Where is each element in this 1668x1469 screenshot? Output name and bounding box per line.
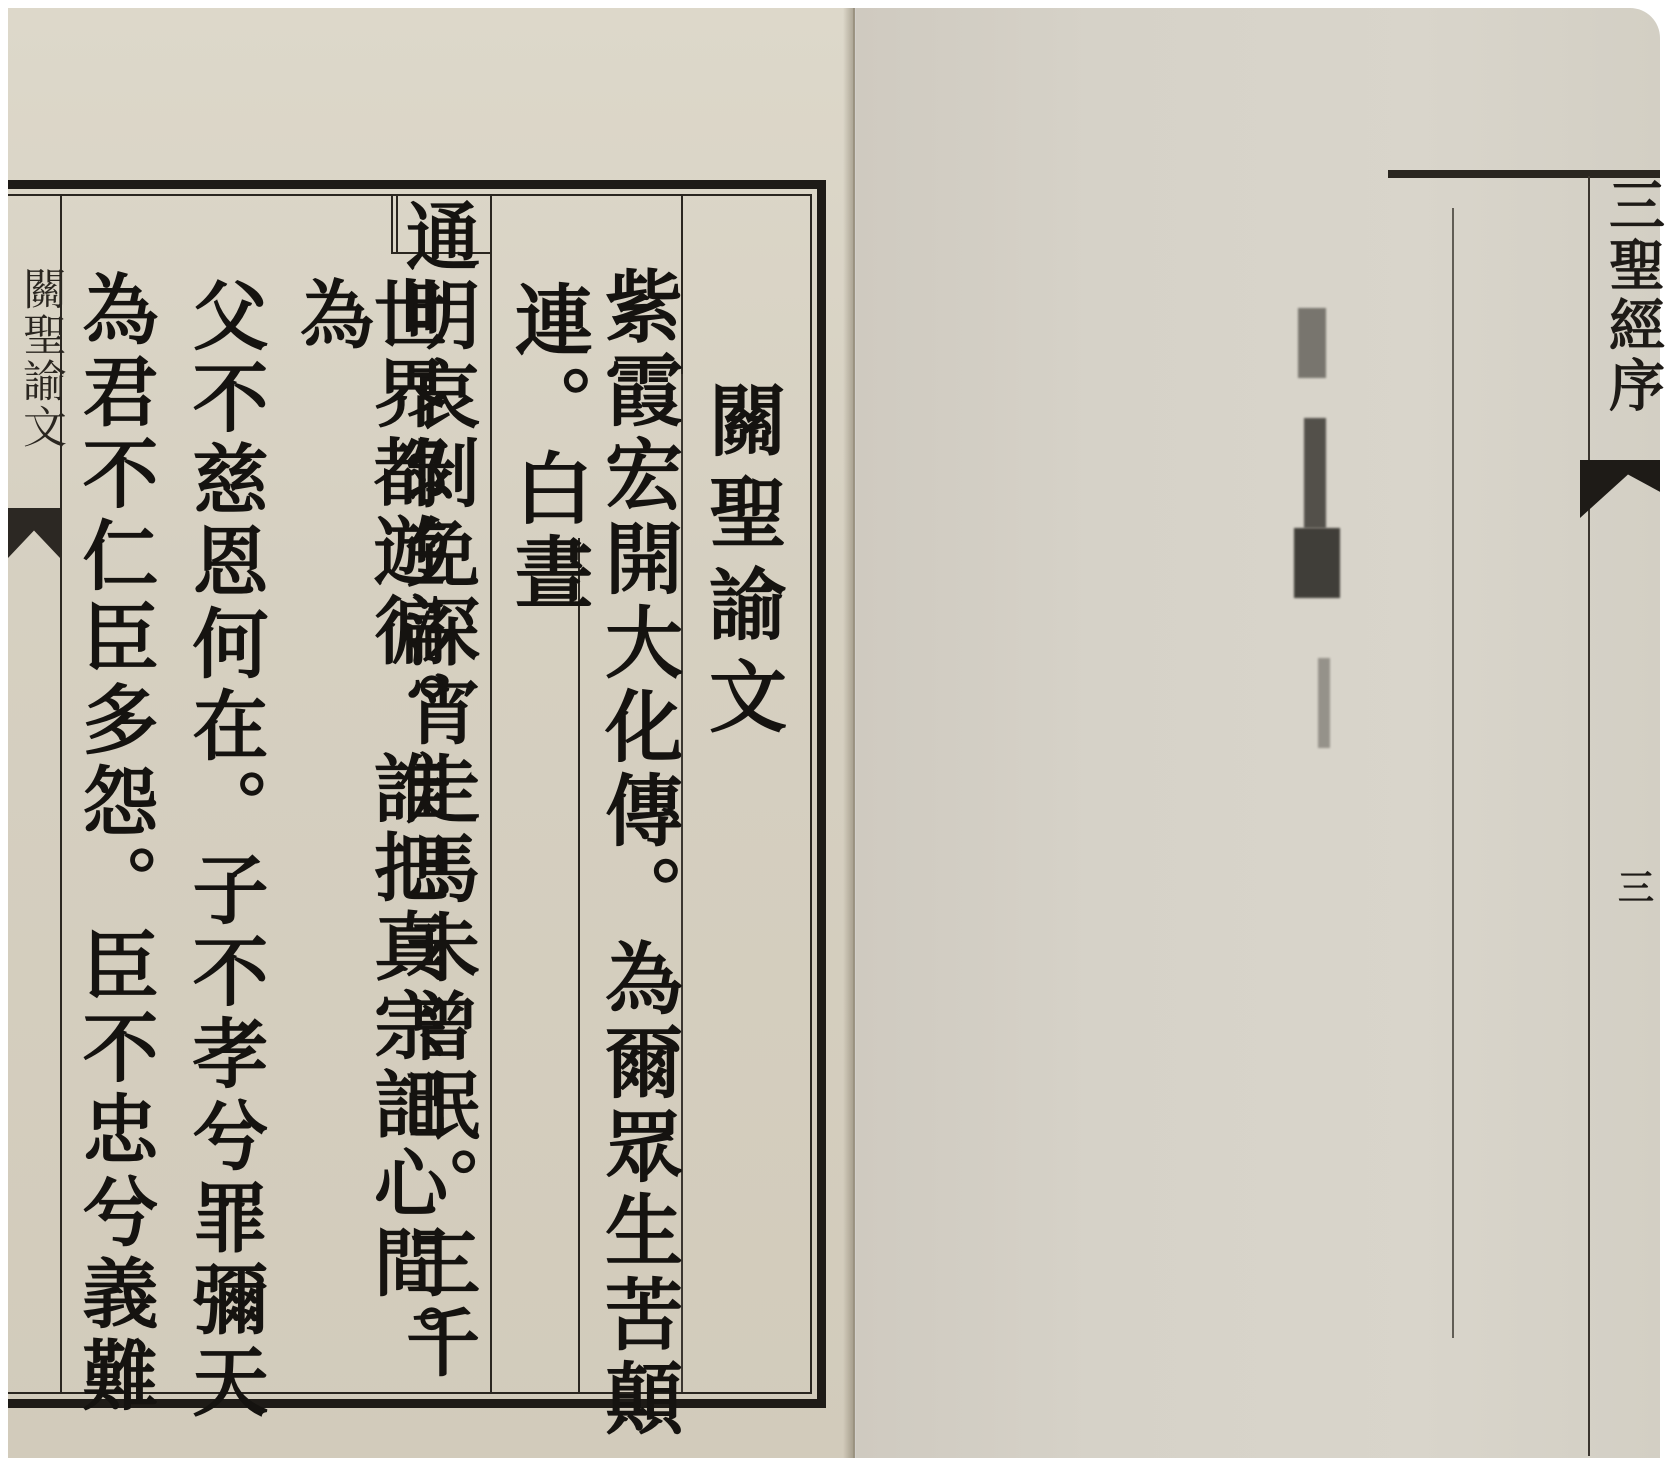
column-rule bbox=[578, 538, 580, 1394]
margin-title: 三聖經序 bbox=[1593, 176, 1668, 416]
column-rule bbox=[1588, 176, 1590, 1456]
text-column: 為君不仁臣多怨。臣不忠兮義難 bbox=[76, 270, 152, 1418]
column-rule bbox=[1452, 208, 1454, 1338]
text-column-title: 關聖諭文 bbox=[702, 380, 780, 748]
text-column: 連。白晝 bbox=[508, 280, 586, 616]
text-column: 父不慈恩何在。子不孝兮罪彌天 bbox=[186, 276, 262, 1424]
column-rule bbox=[490, 194, 492, 1394]
ink-showthrough bbox=[1298, 308, 1326, 378]
text-column: 紫霞宏開大化傳。為爾眾生苦顛 bbox=[598, 266, 676, 1442]
ink-showthrough bbox=[1318, 658, 1330, 748]
book-spread: 關聖諭文 關聖諭文 紫霞宏開大化傳。為爾眾生苦顛 連。白晝 通明哀剝免深宵走馬未… bbox=[8, 8, 1660, 1461]
ink-showthrough bbox=[1294, 528, 1340, 598]
right-page bbox=[856, 8, 1660, 1458]
page-number: 三 bbox=[1618, 860, 1654, 911]
margin-title: 關聖諭文 bbox=[8, 266, 72, 450]
column-rule bbox=[391, 194, 393, 252]
left-page: 關聖諭文 關聖諭文 紫霞宏開大化傳。為爾眾生苦顛 連。白晝 通明哀剝免深宵走馬未… bbox=[8, 8, 855, 1458]
ink-showthrough bbox=[1304, 418, 1326, 528]
text-column: 世界都遊徧。誰把真宗記心間。為 bbox=[294, 276, 442, 1458]
